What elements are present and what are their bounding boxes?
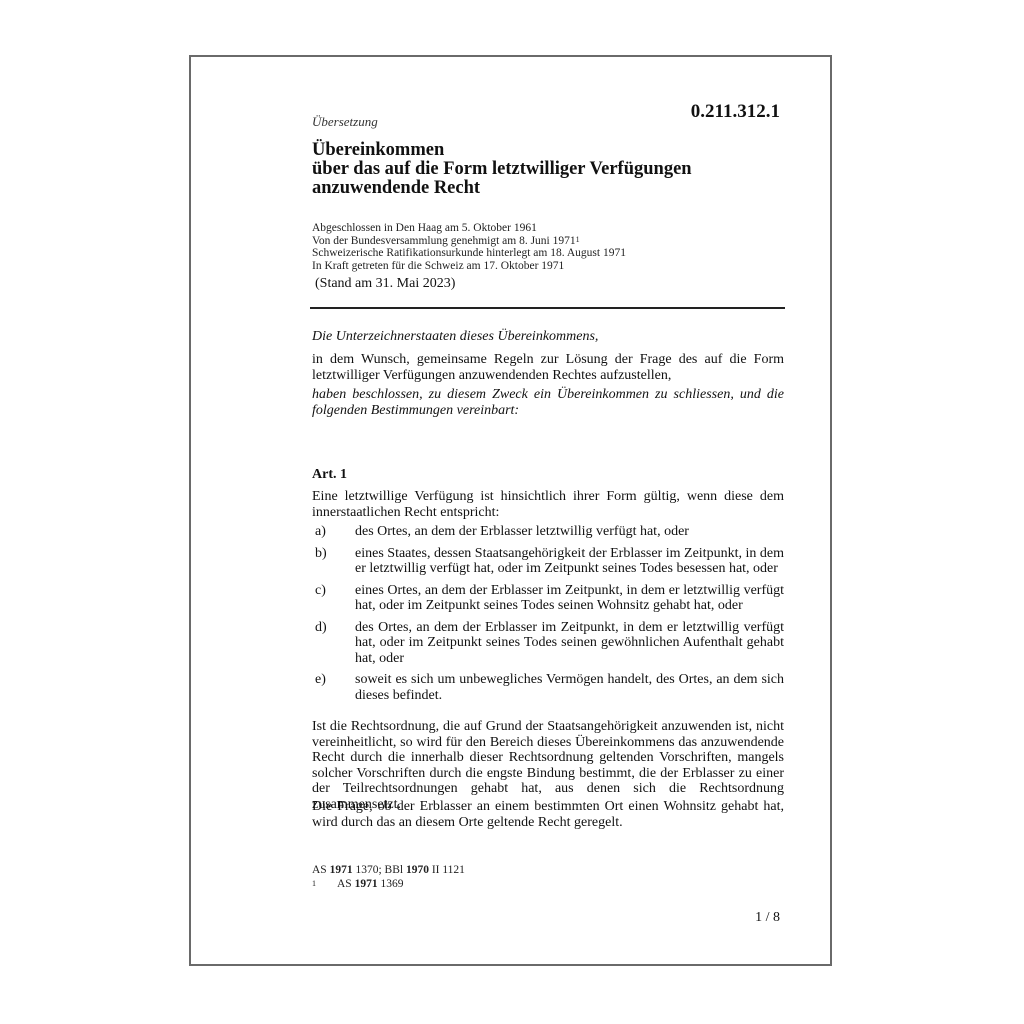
document-title: Übereinkommen über das auf die Form letz… (312, 141, 692, 198)
title-line-3: anzuwendende Recht (312, 179, 692, 198)
article-1-intro: Eine letztwillige Verfügung ist hinsicht… (312, 489, 784, 520)
list-marker: b) (312, 546, 355, 577)
article-1-list: a) des Ortes, an dem der Erblasser letzt… (312, 524, 784, 709)
preamble-parties: Die Unterzeichnerstaaten dieses Übereink… (312, 329, 784, 345)
footnote-ref[interactable]: 1 (576, 235, 580, 244)
approved-date: Von der Bundesversammlung genehmigt am 8… (312, 235, 626, 248)
document-page: Übersetzung 0.211.312.1 Übereinkommen üb… (189, 55, 832, 966)
status-date: (Stand am 31. Mai 2023) (315, 276, 455, 292)
translation-label: Übersetzung (312, 114, 378, 130)
list-text: eines Staates, dessen Staatsangehörigkei… (355, 546, 784, 577)
ratification-date: Schweizerische Ratifikationsurkunde hint… (312, 247, 626, 260)
list-marker: c) (312, 583, 355, 614)
list-item: e) soweit es sich um unbewegliches Vermö… (312, 672, 784, 703)
horizontal-divider (310, 307, 785, 309)
preamble-purpose: in dem Wunsch, gemeinsame Regeln zur Lös… (312, 352, 784, 383)
in-force-date: In Kraft getreten für die Schweiz am 17.… (312, 260, 626, 273)
sr-number: 0.211.312.1 (691, 101, 780, 123)
list-marker: e) (312, 672, 355, 703)
footnotes: AS 1971 1370; BBl 1970 II 1121 1 AS 1971… (312, 863, 465, 891)
title-line-1: Übereinkommen (312, 141, 692, 160)
list-text: des Ortes, an dem der Erblasser im Zeitp… (355, 620, 784, 667)
article-1-paragraph-3: Die Frage, ob der Erblasser an einem bes… (312, 799, 784, 830)
article-1-heading: Art. 1 (312, 467, 347, 483)
page-number: 1 / 8 (755, 910, 780, 926)
list-item: a) des Ortes, an dem der Erblasser letzt… (312, 524, 784, 540)
document-metadata: Abgeschlossen in Den Haag am 5. Oktober … (312, 222, 626, 272)
list-item: d) des Ortes, an dem der Erblasser im Ze… (312, 620, 784, 667)
list-text: eines Ortes, an dem der Erblasser im Zei… (355, 583, 784, 614)
list-item: b) eines Staates, dessen Staatsangehörig… (312, 546, 784, 577)
title-line-2: über das auf die Form letztwilliger Verf… (312, 160, 692, 179)
list-text: des Ortes, an dem der Erblasser letztwil… (355, 524, 784, 540)
footnote-1: 1 AS 1971 1369 (312, 877, 465, 891)
footnote-marker: 1 (312, 877, 337, 891)
list-text: soweit es sich um unbewegliches Vermögen… (355, 672, 784, 703)
preamble-agreement: haben beschlossen, zu diesem Zweck ein Ü… (312, 387, 784, 418)
list-marker: d) (312, 620, 355, 667)
list-item: c) eines Ortes, an dem der Erblasser im … (312, 583, 784, 614)
list-marker: a) (312, 524, 355, 540)
concluded-date: Abgeschlossen in Den Haag am 5. Oktober … (312, 222, 626, 235)
source-reference: AS 1971 1370; BBl 1970 II 1121 (312, 863, 465, 877)
